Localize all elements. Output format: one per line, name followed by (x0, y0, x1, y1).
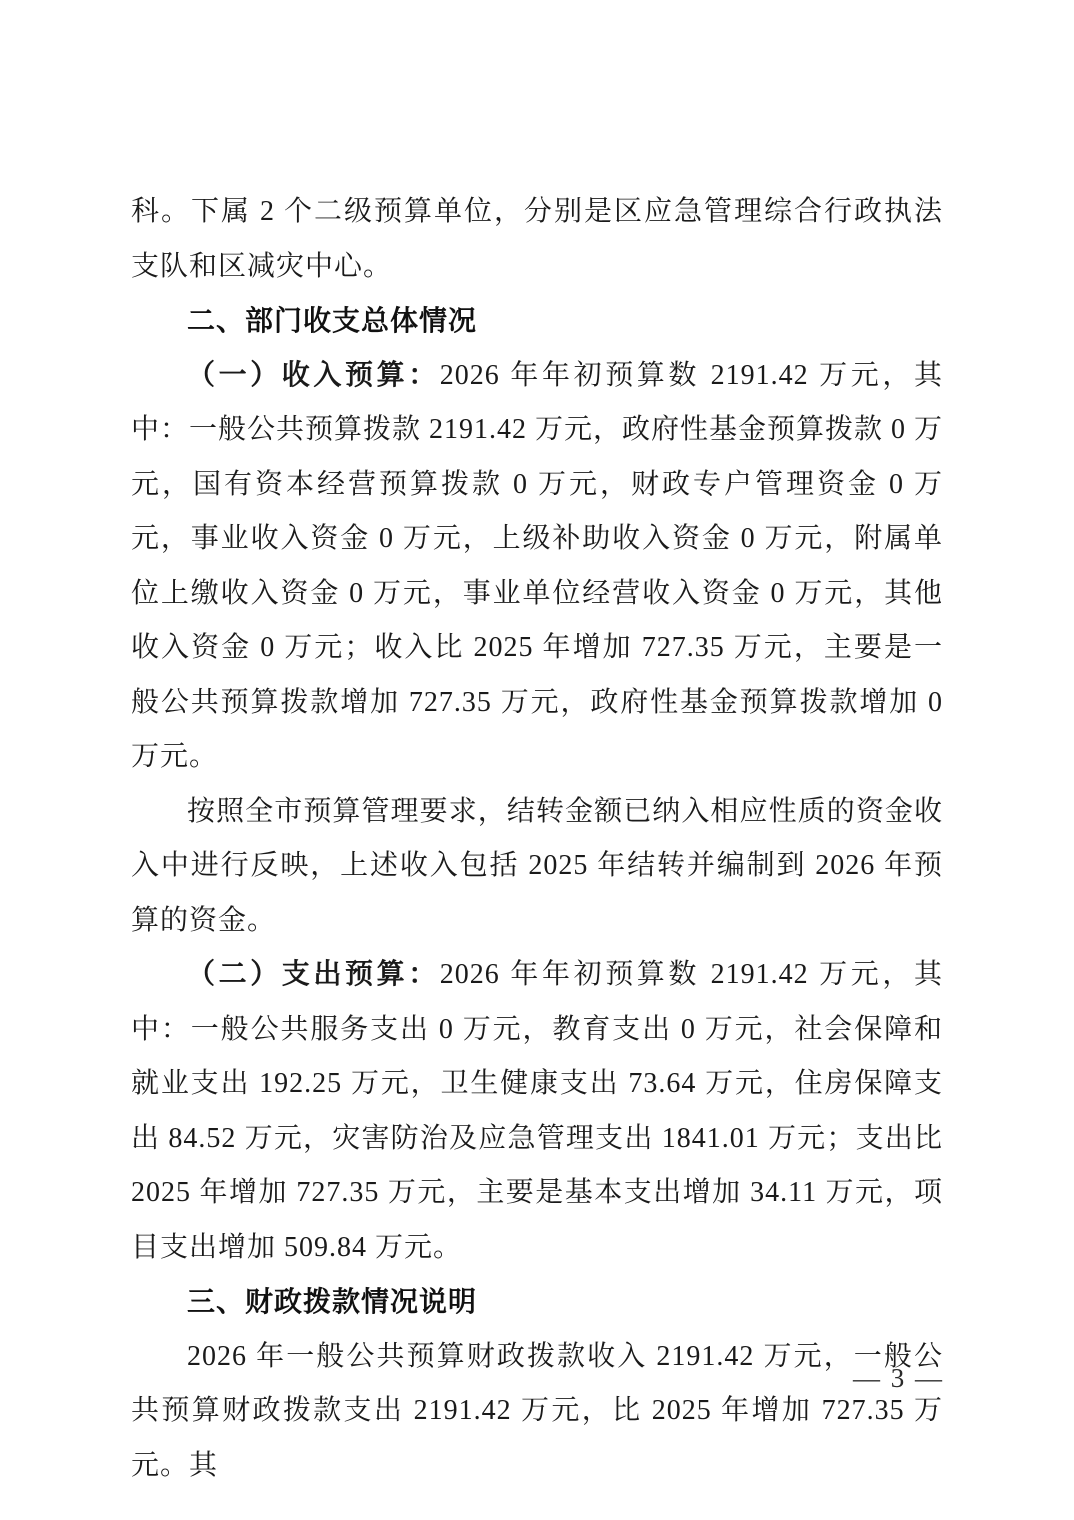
page-body: 科。下属 2 个二级预算单位，分别是区应急管理综合行政执法支队和区减灾中心。 二… (131, 185, 943, 1493)
paragraph-expenditure-budget: （二）支出预算：2026 年年初预算数 2191.42 万元，其中：一般公共服务… (131, 948, 943, 1275)
paragraph-income-budget: （一）收入预算：2026 年年初预算数 2191.42 万元，其中：一般公共预算… (131, 349, 943, 785)
paragraph-expenditure-lead: （二）支出预算： (187, 959, 440, 990)
paragraph-income-text: 2026 年年初预算数 2191.42 万元，其中：一般公共预算拨款 2191.… (131, 360, 943, 773)
section-heading-revenue-expenditure: 二、部门收支总体情况 (131, 294, 943, 349)
paragraph-income-lead: （一）收入预算： (187, 360, 440, 391)
paragraph-fiscal-appropriation: 2026 年一般公共预算财政拨款收入 2191.42 万元，一般公共预算财政拨款… (131, 1330, 943, 1494)
section-heading-fiscal-appropriation: 三、财政拨款情况说明 (131, 1275, 943, 1330)
paragraph-expenditure-text: 2026 年年初预算数 2191.42 万元，其中：一般公共服务支出 0 万元，… (131, 959, 943, 1263)
paragraph-continuation: 科。下属 2 个二级预算单位，分别是区应急管理综合行政执法支队和区减灾中心。 (131, 185, 943, 294)
page-number: — 3 — (853, 1360, 944, 1396)
paragraph-carryover-note: 按照全市预算管理要求，结转金额已纳入相应性质的资金收入中进行反映，上述收入包括 … (131, 785, 943, 949)
document-page: 科。下属 2 个二级预算单位，分别是区应急管理综合行政执法支队和区减灾中心。 二… (0, 0, 1074, 1520)
